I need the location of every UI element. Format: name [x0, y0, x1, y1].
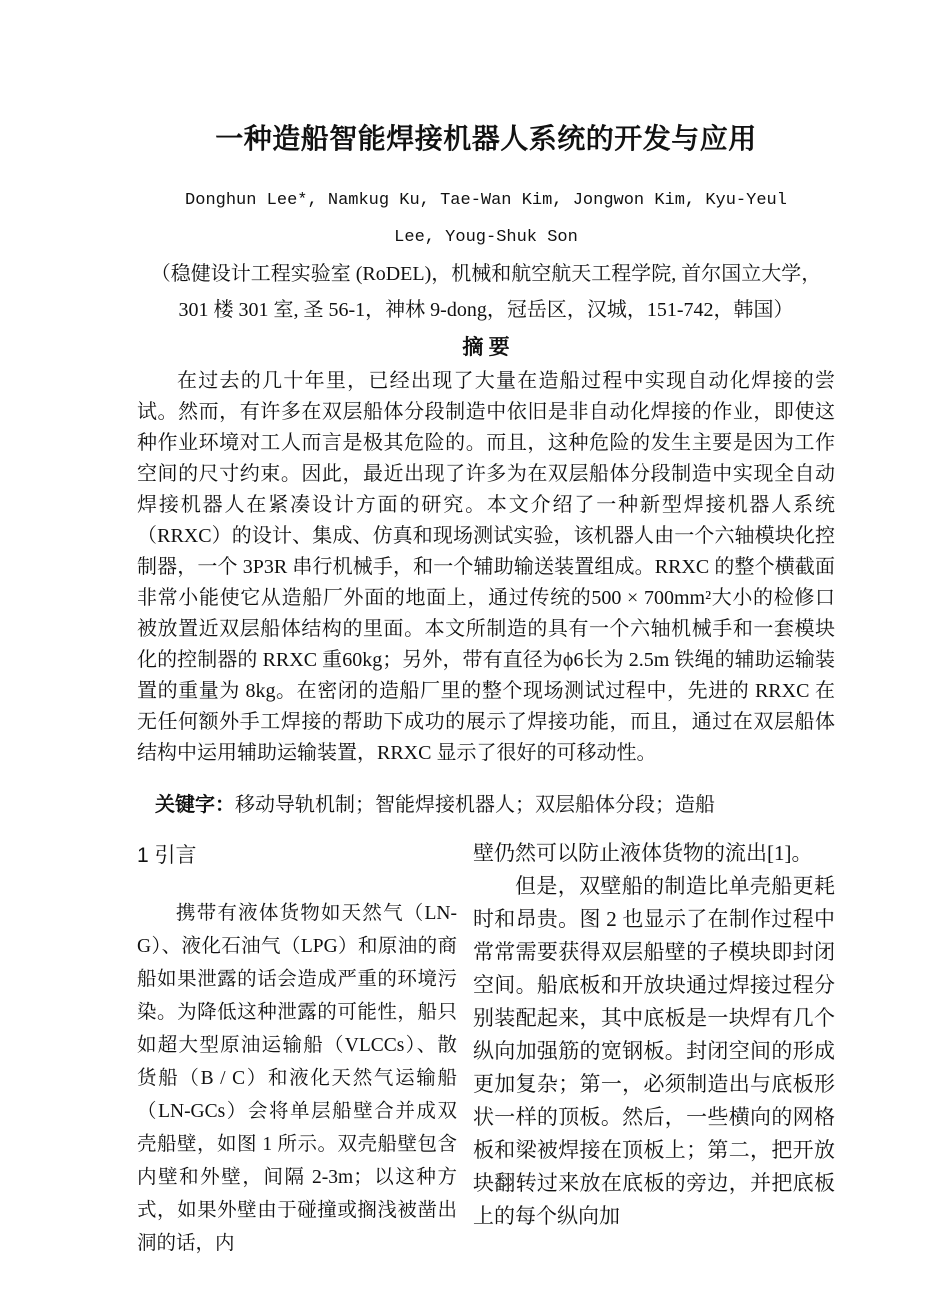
section-1-heading: 1 引言	[137, 841, 457, 871]
column-right: 壁仍然可以防止液体货物的流出[1]。 但是，双壁船的制造比单壳船更耗时和昂贵。图…	[473, 837, 835, 1260]
paper-page: 一种造船智能焊接机器人系统的开发与应用 Donghun Lee*, Namkug…	[0, 0, 926, 1309]
keywords-line: 关键字：移动导轨机制；智能焊接机器人；双层船体分段；造船	[155, 791, 835, 819]
keywords-label: 关键字：	[155, 794, 235, 816]
intro-paragraph-left: 携带有液体货物如天然气（LN-G）、液化石油气（LPG）和原油的商船如果泄露的话…	[137, 897, 457, 1260]
affiliation-line: （稳健设计工程实验室 (RoDEL)，机械和航空航天工程学院, 首尔国立大学，3…	[144, 256, 828, 328]
abstract-paragraph: 在过去的几十年里，已经出现了大量在造船过程中实现自动化焊接的尝试。然而，有许多在…	[137, 366, 835, 769]
abstract-heading: 摘 要	[137, 334, 835, 360]
authors-line: Donghun Lee*, Namkug Ku, Tae-Wan Kim, Jo…	[166, 182, 806, 256]
paper-title: 一种造船智能焊接机器人系统的开发与应用	[137, 122, 835, 156]
intro-paragraph-right-1: 壁仍然可以防止液体货物的流出[1]。	[473, 837, 835, 870]
keywords-text: 移动导轨机制；智能焊接机器人；双层船体分段；造船	[235, 794, 715, 816]
two-column-section: 1 引言 携带有液体货物如天然气（LN-G）、液化石油气（LPG）和原油的商船如…	[137, 837, 835, 1260]
intro-paragraph-right-2: 但是，双壁船的制造比单壳船更耗时和昂贵。图 2 也显示了在制作过程中常常需要获得…	[473, 870, 835, 1233]
column-left: 1 引言 携带有液体货物如天然气（LN-G）、液化石油气（LPG）和原油的商船如…	[137, 837, 457, 1260]
